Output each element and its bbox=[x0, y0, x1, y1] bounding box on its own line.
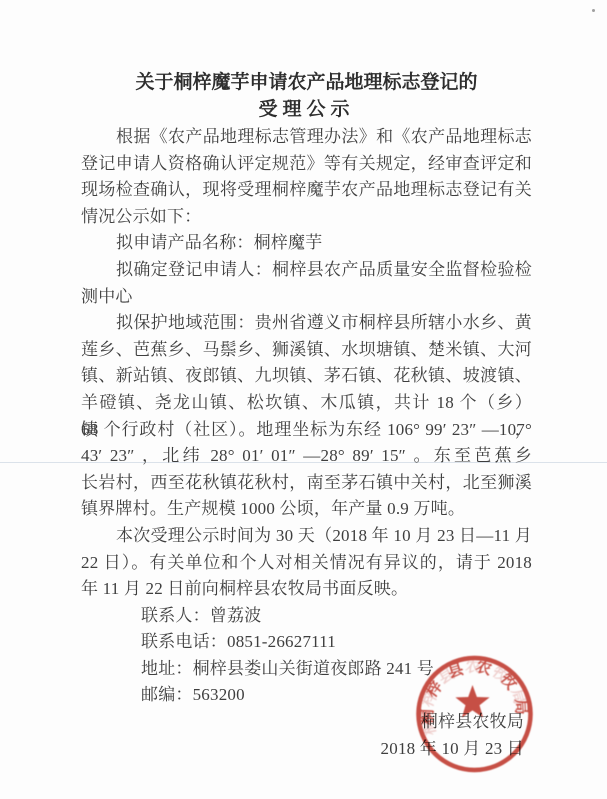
text-line: 2018 年 10 月 23 日 bbox=[81, 736, 532, 763]
document-title-line1: 关于桐梓魔芋申请农产品地理标志登记的 bbox=[81, 69, 532, 96]
document-page: 关于桐梓魔芋申请农产品地理标志登记的 受理公示 根据《农产品地理标志管理办法》和… bbox=[0, 0, 607, 799]
text-line: 现场检查确认，现将受理桐梓魔芋农产品地理标志登记有关 bbox=[81, 177, 532, 204]
text-line: 镇界牌村。生产规模 1000 公顷，年产量 0.9 万吨。 bbox=[81, 496, 532, 523]
text-line: 拟确定登记申请人：桐梓县农产品质量安全监督检验检 bbox=[81, 257, 532, 284]
text-line: 情况公示如下： bbox=[81, 204, 532, 231]
text-line: 根据《农产品地理标志管理办法》和《农产品地理标志 bbox=[81, 124, 532, 151]
text-line: 镇、新站镇、夜郎镇、九坝镇、茅石镇、花秋镇、坡渡镇、 bbox=[81, 363, 532, 390]
text-line: 联系人：曾荔波 bbox=[81, 603, 532, 630]
text-line: 邮编：563200 bbox=[81, 682, 532, 709]
text-line: 长岩村，西至花秋镇花秋村，南至茅石镇中关村，北至狮溪 bbox=[81, 470, 532, 497]
document-body: 根据《农产品地理标志管理办法》和《农产品地理标志 登记申请人资格确认评定规范》等… bbox=[81, 124, 532, 762]
text-line: 登记申请人资格确认评定规范》等有关规定，经审查评定和 bbox=[81, 151, 532, 178]
text-line: 22 日）。有关单位和个人对相关情况有异议的，请于 2018 bbox=[81, 550, 532, 577]
text-line: 测中心 bbox=[81, 284, 532, 311]
text-line: 地址：桐梓县娄山关街道夜郎路 241 号 bbox=[81, 656, 532, 683]
text-line: 本次受理公示时间为 30 天（2018 年 10 月 23 日—11 月 bbox=[81, 523, 532, 550]
text-line: 桐梓县农牧局 bbox=[81, 709, 532, 736]
text-line: 68 个行政村（社区）。地理坐标为东经 106° 99′ 23″ —107° bbox=[81, 417, 532, 444]
text-line: 羊磴镇、尧龙山镇、松坎镇、木瓜镇，共计 18 个（乡）镇， bbox=[81, 390, 532, 417]
document-title: 关于桐梓魔芋申请农产品地理标志登记的 受理公示 bbox=[81, 69, 532, 123]
text-line: 年 11 月 22 日前向桐梓县农牧局书面反映。 bbox=[81, 576, 532, 603]
document-title-line2: 受理公示 bbox=[81, 96, 532, 123]
text-line: 43′ 23″ ，北纬 28° 01′ 01″ —28° 89′ 15″ 。东至… bbox=[81, 443, 532, 470]
document-content: 关于桐梓魔芋申请农产品地理标志登记的 受理公示 根据《农产品地理标志管理办法》和… bbox=[0, 0, 607, 762]
text-line: 莲乡、芭蕉乡、马鬃乡、狮溪镇、水坝塘镇、楚米镇、大河 bbox=[81, 337, 532, 364]
text-line: 联系电话：0851-26627111 bbox=[81, 629, 532, 656]
text-line: 拟保护地域范围：贵州省遵义市桐梓县所辖小水乡、黄 bbox=[81, 310, 532, 337]
text-line: 拟申请产品名称：桐梓魔芋 bbox=[81, 230, 532, 257]
